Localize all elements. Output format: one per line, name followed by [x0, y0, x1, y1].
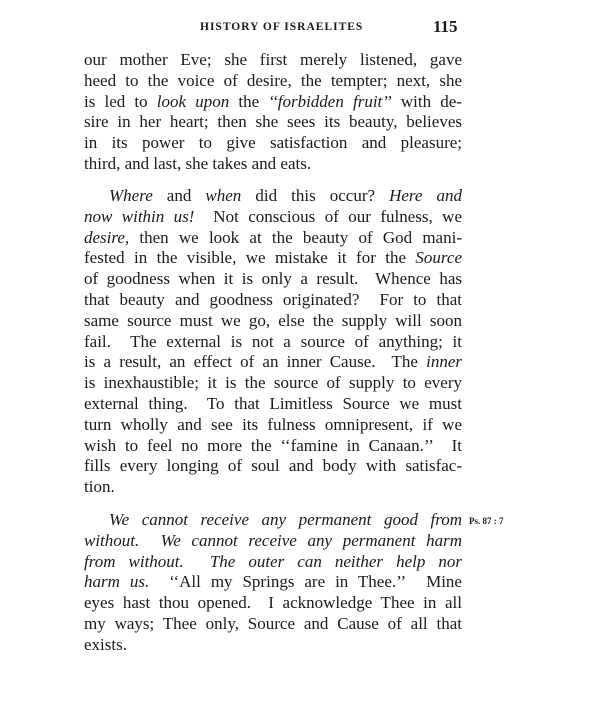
- italic-emphasis: Source: [415, 248, 462, 267]
- text-line: sire in her heart; then she sees its bea…: [84, 112, 462, 133]
- text-line: heed to the voice of desire, the tempter…: [84, 71, 462, 92]
- italic-emphasis: inner: [426, 352, 462, 371]
- italic-emphasis: when: [205, 186, 241, 205]
- text-line: my ways; Thee only, Source and Cause of …: [84, 614, 462, 635]
- text-line: without. We cannot receive any permanent…: [84, 531, 462, 552]
- text-line: We cannot receive any permanent good fro…: [84, 510, 462, 531]
- text-line: fills every longing of soul and body wit…: [84, 456, 462, 477]
- text-line: fested in the visible, we mistake it for…: [84, 248, 462, 269]
- text-line: fail. The external is not a source of an…: [84, 332, 462, 353]
- italic-emphasis: without. We cannot receive any permanent…: [84, 531, 462, 550]
- text-line: turn wholly and see its fulness omnipres…: [84, 415, 462, 436]
- text-line: desire, then we look at the beauty of Go…: [84, 228, 462, 249]
- text-line: that beauty and goodness originated? For…: [84, 290, 462, 311]
- running-title: HISTORY OF ISRAELITES: [200, 21, 363, 33]
- text-line: eyes hast thou opened. I acknowledge The…: [84, 593, 462, 614]
- italic-emphasis: Here and: [389, 186, 462, 205]
- italic-emphasis: look upon: [157, 92, 229, 111]
- text-line: same source must we go, else the supply …: [84, 311, 462, 332]
- text-line: external thing. To that Limitless Source…: [84, 394, 462, 415]
- paragraph-3: We cannot receive any permanent good fro…: [84, 510, 462, 656]
- text-line: tion.: [84, 477, 462, 498]
- italic-emphasis: ‘‘forbidden fruit’’: [268, 92, 391, 111]
- italic-emphasis: desire,: [84, 228, 129, 247]
- text-line: our mother Eve; she first merely listene…: [84, 50, 462, 71]
- text-line: is a result, an effect of an inner Cause…: [84, 352, 462, 373]
- text-line: third, and last, she takes and eats.: [84, 154, 462, 175]
- italic-emphasis: harm us.: [84, 572, 149, 591]
- text-line: is led to look upon the ‘‘forbidden frui…: [84, 92, 462, 113]
- italic-emphasis: from without. The outer can neither help…: [84, 552, 462, 571]
- page-header: HISTORY OF ISRAELITES 115: [0, 19, 600, 41]
- paragraph-1: our mother Eve; she first merely listene…: [84, 50, 462, 175]
- italic-emphasis: Where: [109, 186, 153, 205]
- text-line: Where and when did this occur? Here and: [84, 186, 462, 207]
- text-line: exists.: [84, 635, 462, 656]
- italic-emphasis: now within us!: [84, 207, 194, 226]
- text-line: in its power to give satisfaction and pl…: [84, 133, 462, 154]
- italic-emphasis: We cannot receive any permanent good fro…: [109, 510, 462, 529]
- text-line: harm us. ‘‘All my Springs are in Thee.’’…: [84, 572, 462, 593]
- text-line: from without. The outer can neither help…: [84, 552, 462, 573]
- text-line: wish to feel no more the ‘‘famine in Can…: [84, 436, 462, 457]
- page-number: 115: [433, 17, 458, 37]
- paragraph-2: Where and when did this occur? Here andn…: [84, 186, 462, 498]
- margin-note-scripture-reference: Ps. 87 : 7: [469, 516, 504, 526]
- text-line: now within us! Not conscious of our fuln…: [84, 207, 462, 228]
- text-line: is inexhaustible; it is the source of su…: [84, 373, 462, 394]
- text-line: of goodness when it is only a result. Wh…: [84, 269, 462, 290]
